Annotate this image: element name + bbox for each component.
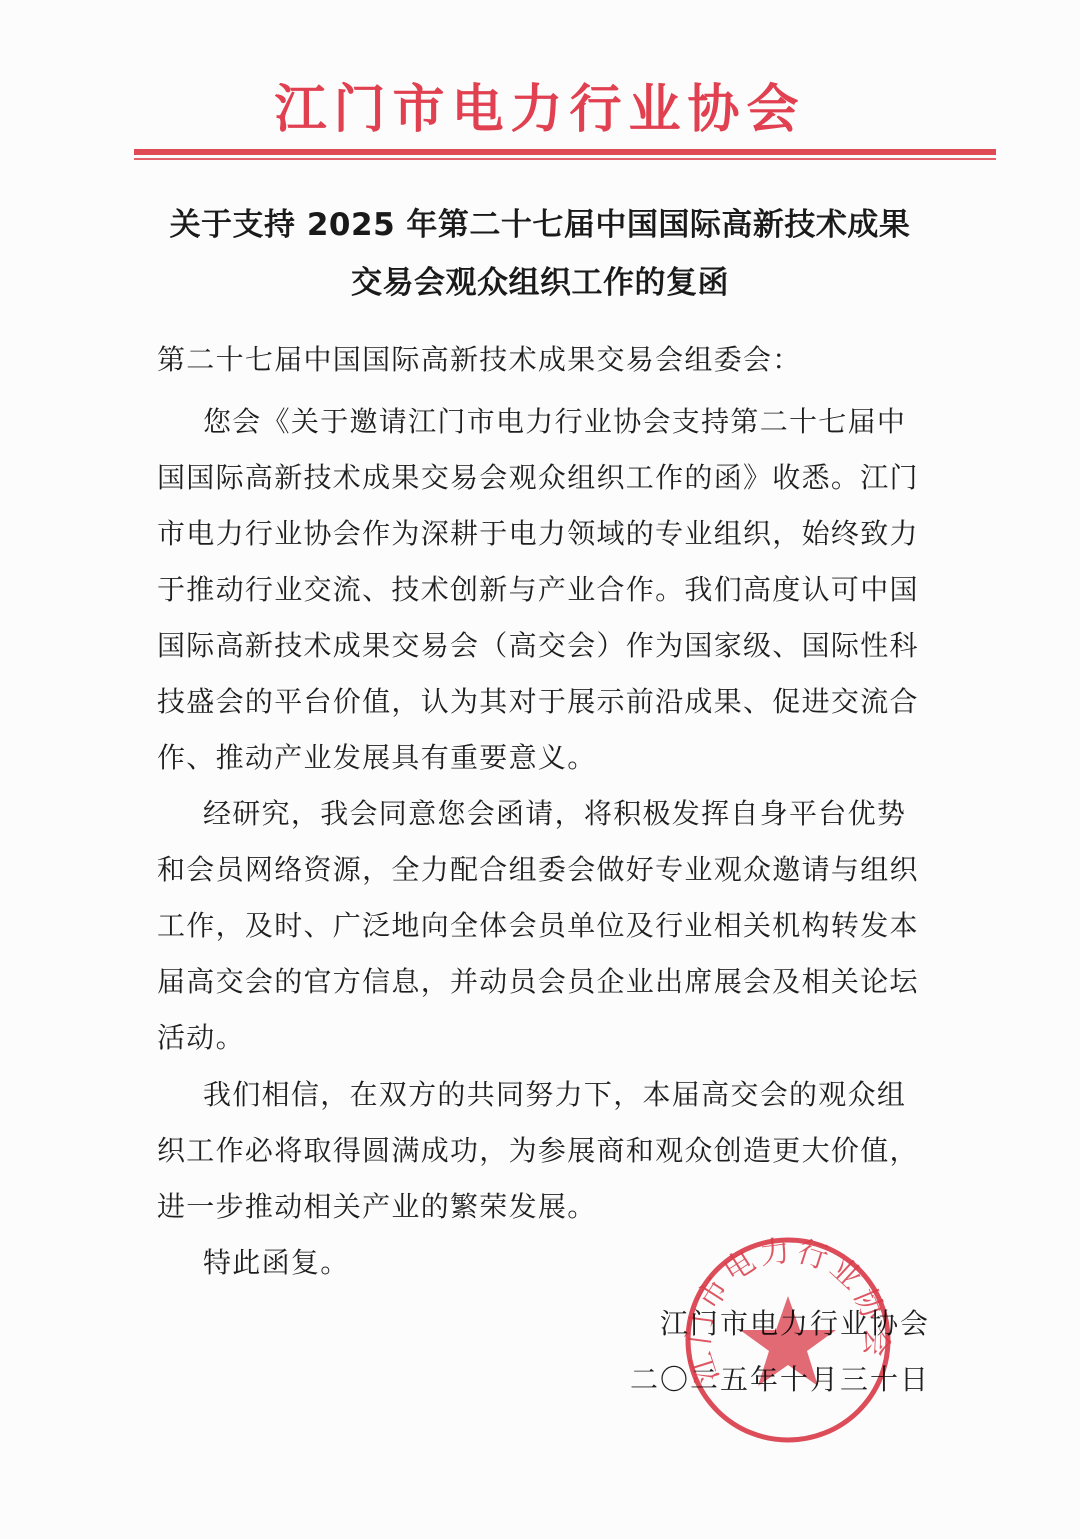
closing-line: 特此函复。 [157, 1243, 947, 1299]
letterhead-red-rule-thin [134, 158, 996, 160]
paragraph-line: 工作，及时、广泛地向全体会员单位及行业相关机构转发本 [157, 906, 947, 962]
document-title: 关于支持 2025 年第二十七届中国国际高新技术成果 交易会观众组织工作的复函 [120, 196, 960, 312]
paragraph-1: 您会《关于邀请江门市电力行业协会支持第二十七届中 国国际高新技术成果交易会观众组… [157, 402, 947, 794]
signature-organization: 江门市电力行业协会 [630, 1296, 930, 1352]
signature-block: 江门市电力行业协会 二〇二五年十月三十日 [630, 1296, 930, 1408]
closing: 特此函复。 [157, 1243, 947, 1299]
paragraph-2: 经研究，我会同意您会函请，将积极发挥自身平台优势 和会员网络资源，全力配合组委会… [157, 794, 947, 1074]
paragraph-line: 进一步推动相关产业的繁荣发展。 [157, 1187, 947, 1243]
document-title-line-2: 交易会观众组织工作的复函 [120, 254, 960, 312]
paragraph-line: 您会《关于邀请江门市电力行业协会支持第二十七届中 [157, 402, 947, 458]
paragraph-line: 于推动行业交流、技术创新与产业合作。我们高度认可中国 [157, 570, 947, 626]
paragraph-line: 作、推动产业发展具有重要意义。 [157, 738, 947, 794]
paragraph-3: 我们相信，在双方的共同努力下，本届高交会的观众组 织工作必将取得圆满成功，为参展… [157, 1075, 947, 1243]
letterhead-organization-name: 江门市电力行业协会 [0, 78, 1080, 142]
paragraph-line: 活动。 [157, 1018, 947, 1074]
paragraph-line: 和会员网络资源，全力配合组委会做好专业观众邀请与组织 [157, 850, 947, 906]
paragraph-line: 国国际高新技术成果交易会观众组织工作的函》收悉。江门 [157, 458, 947, 514]
paragraph-line: 市电力行业协会作为深耕于电力领域的专业组织，始终致力 [157, 514, 947, 570]
signature-date: 二〇二五年十月三十日 [630, 1352, 930, 1408]
document-title-line-1: 关于支持 2025 年第二十七届中国国际高新技术成果 [120, 196, 960, 254]
paragraph-line: 届高交会的官方信息，并动员会员企业出席展会及相关论坛 [157, 962, 947, 1018]
paragraph-line: 我们相信，在双方的共同努力下，本届高交会的观众组 [157, 1075, 947, 1131]
paragraph-line: 技盛会的平台价值，认为其对于展示前沿成果、促进交流合 [157, 682, 947, 738]
paragraph-line: 织工作必将取得圆满成功，为参展商和观众创造更大价值， [157, 1131, 947, 1187]
salutation: 第二十七届中国国际高新技术成果交易会组委会： [157, 340, 802, 380]
paragraph-line: 经研究，我会同意您会函请，将积极发挥自身平台优势 [157, 794, 947, 850]
paragraph-line: 国际高新技术成果交易会（高交会）作为国家级、国际性科 [157, 626, 947, 682]
letterhead-red-rule-thick [134, 149, 996, 155]
